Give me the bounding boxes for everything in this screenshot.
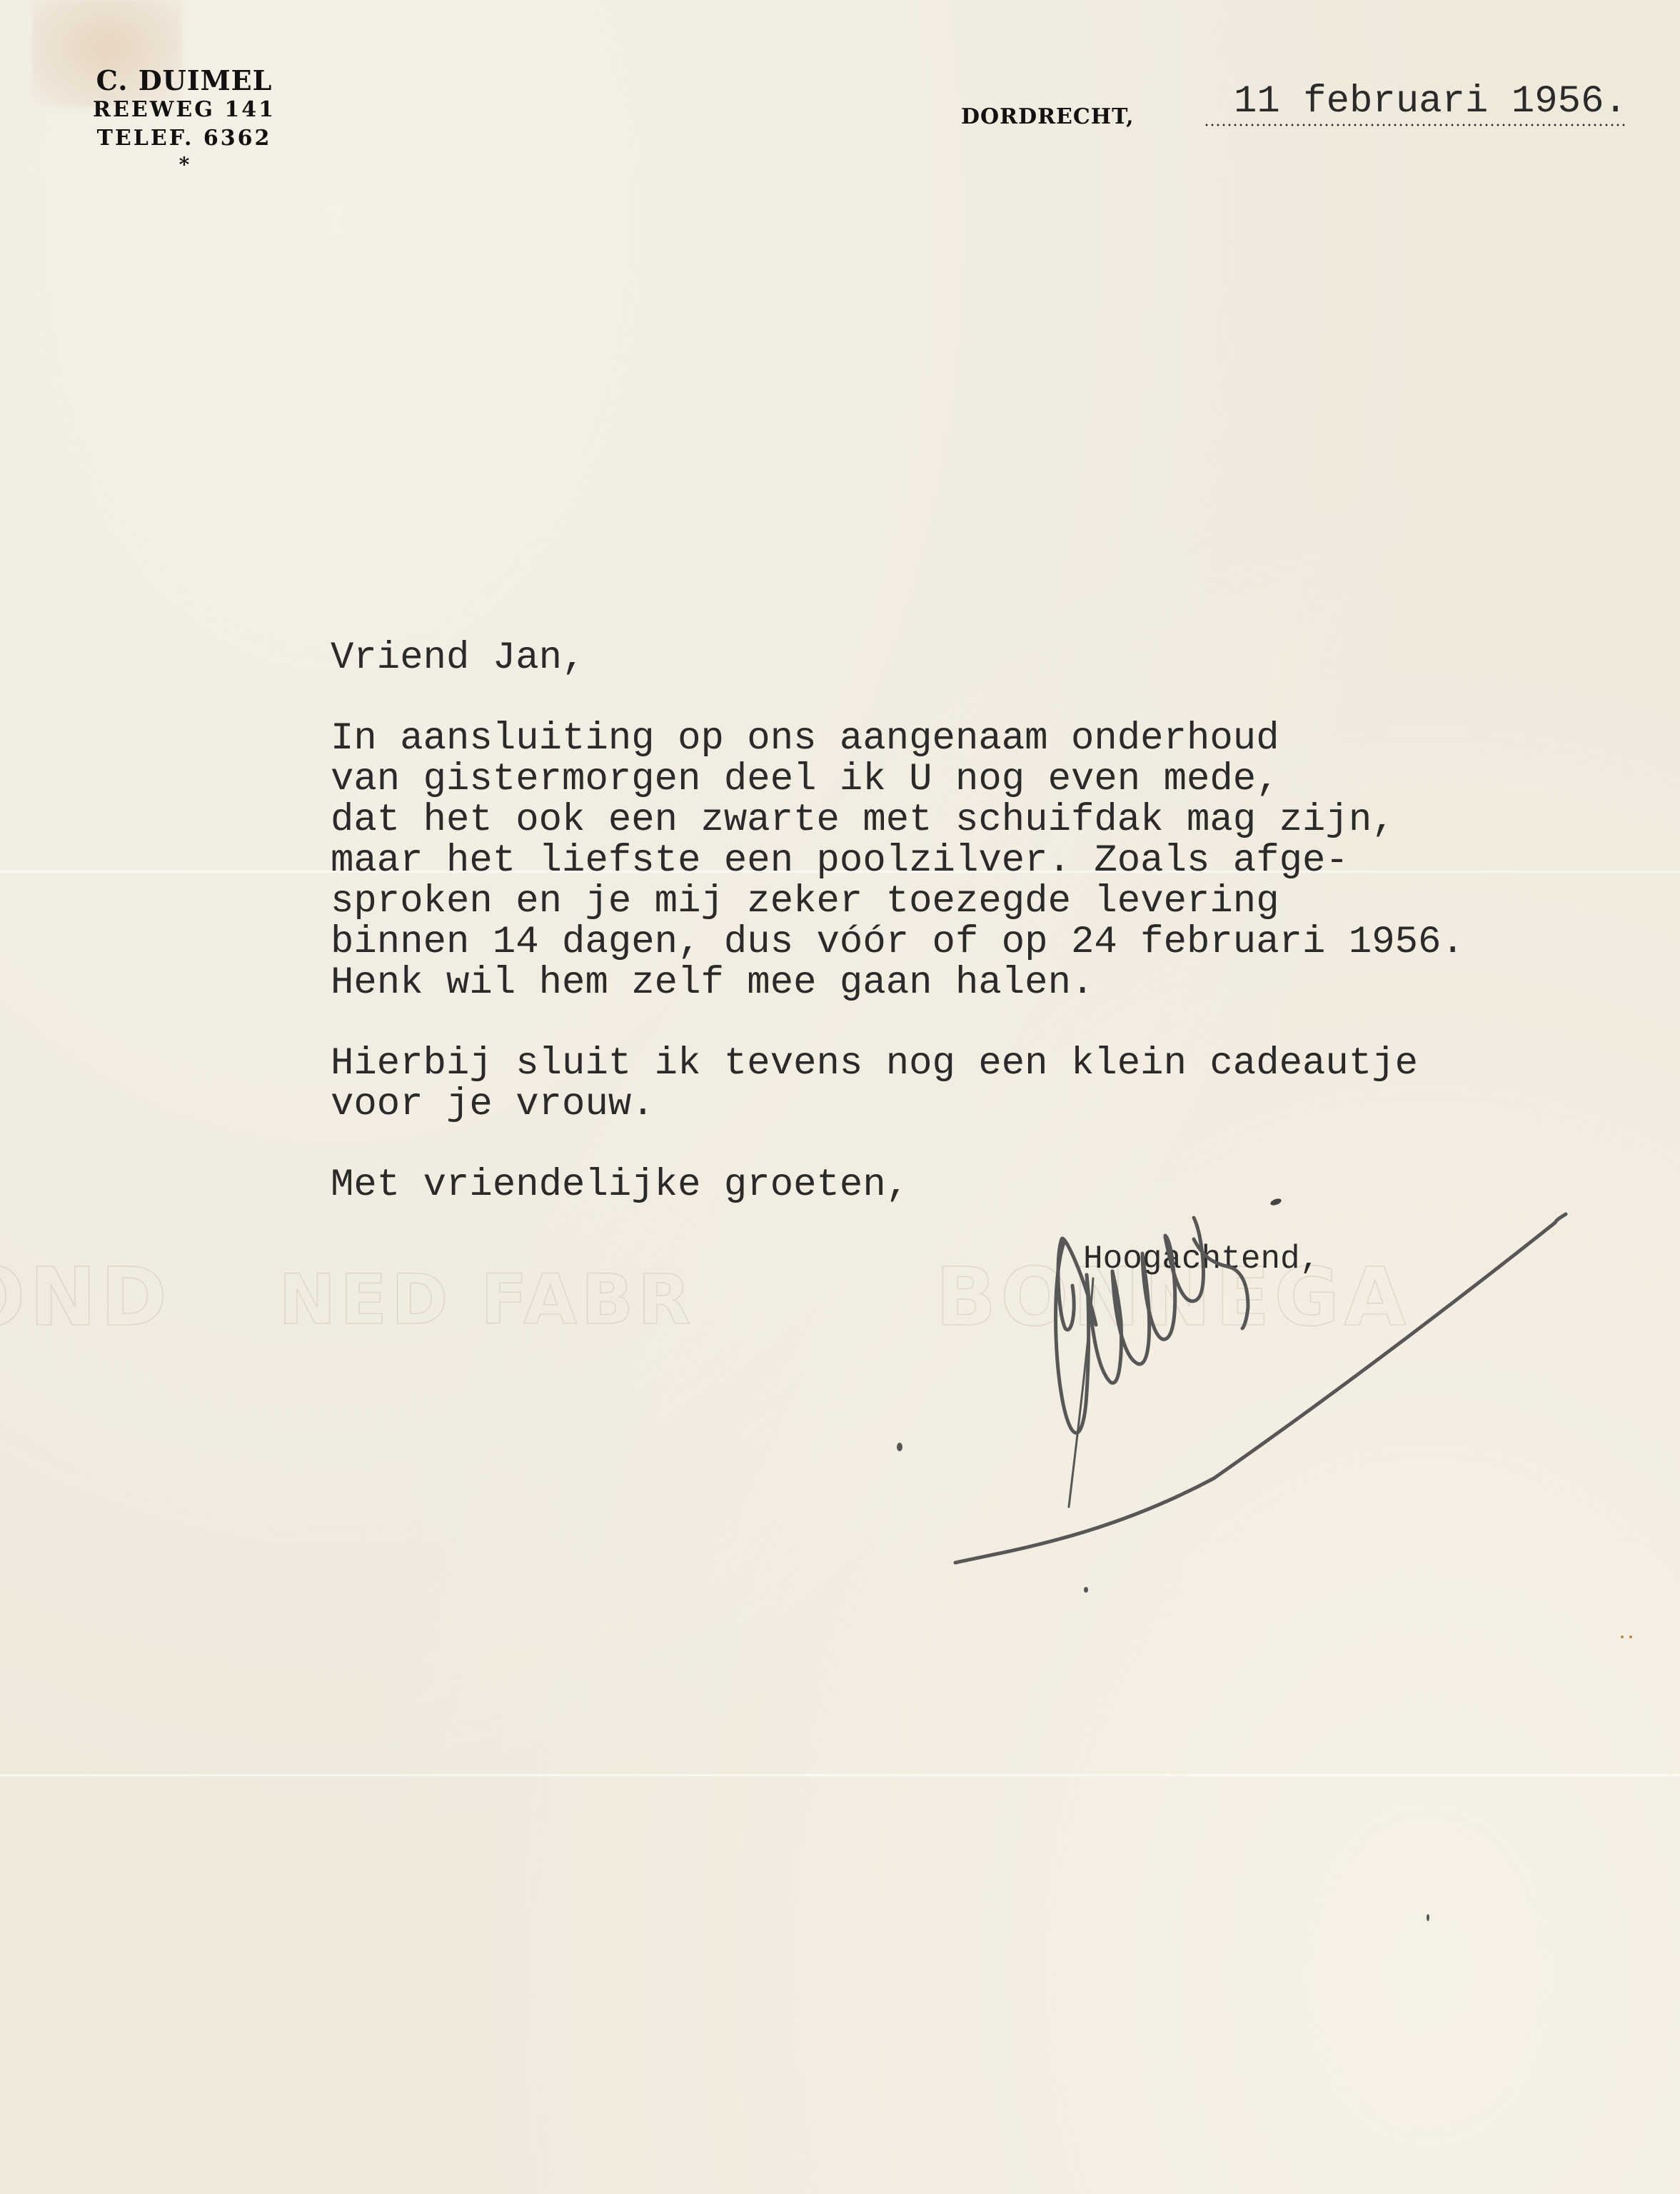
text-line: van gistermorgen deel ik U nog even mede… [331, 759, 1464, 800]
ink-speck [1621, 1636, 1624, 1638]
paragraph-2: Hierbij sluit ik tevens nog een klein ca… [331, 1043, 1464, 1125]
text-line: dat het ook een zwarte met schuifdak mag… [331, 800, 1464, 841]
letterhead-name: C. DUIMEL [77, 66, 291, 96]
paper-watermark: OND NED FABR BONNEGA [0, 1251, 1680, 1337]
text-line: maar het liefste een poolzilver. Zoals a… [331, 841, 1464, 881]
text-line: Met vriendelijke groeten, [331, 1165, 1464, 1206]
salutation: Vriend Jan, [331, 638, 1464, 678]
text-line: Hierbij sluit ik tevens nog een klein ca… [331, 1043, 1464, 1084]
dateline-dotted-rule [1204, 124, 1625, 126]
ink-speck [897, 1443, 902, 1451]
fold-line-lower [0, 1773, 1680, 1777]
ink-speck [1427, 1914, 1429, 1921]
letterhead-phone: TELEF. 6362 [77, 124, 291, 153]
letter-date: 11 februari 1956. [1234, 80, 1627, 124]
dateline-city: DORDRECHT, [961, 104, 1135, 129]
letterhead-street: REEWEG 141 [77, 96, 291, 124]
watermark-part: NED FABR [278, 1260, 695, 1340]
text-line: Henk wil hem zelf mee gaan halen. [331, 963, 1464, 1003]
letterhead: C. DUIMEL REEWEG 141 TELEF. 6362 * [77, 66, 291, 177]
ink-speck [1084, 1587, 1088, 1593]
closing: Hoogachtend, [1083, 1241, 1319, 1278]
ink-speck [1629, 1636, 1632, 1638]
text-line: sproken en je mij zeker toezegde leverin… [331, 881, 1464, 922]
text-line: voor je vrouw. [331, 1084, 1464, 1125]
text-line: binnen 14 dagen, dus vóór of op 24 febru… [331, 922, 1464, 963]
letter-body: Vriend Jan, In aansluiting op ons aangen… [331, 638, 1464, 1206]
text-line: In aansluiting op ons aangenaam onderhou… [331, 718, 1464, 759]
asterisk-icon: * [77, 153, 291, 177]
paragraph-1: In aansluiting op ons aangenaam onderhou… [331, 718, 1464, 1003]
paragraph-3: Met vriendelijke groeten, [331, 1165, 1464, 1206]
watermark-part: OND [0, 1251, 171, 1344]
